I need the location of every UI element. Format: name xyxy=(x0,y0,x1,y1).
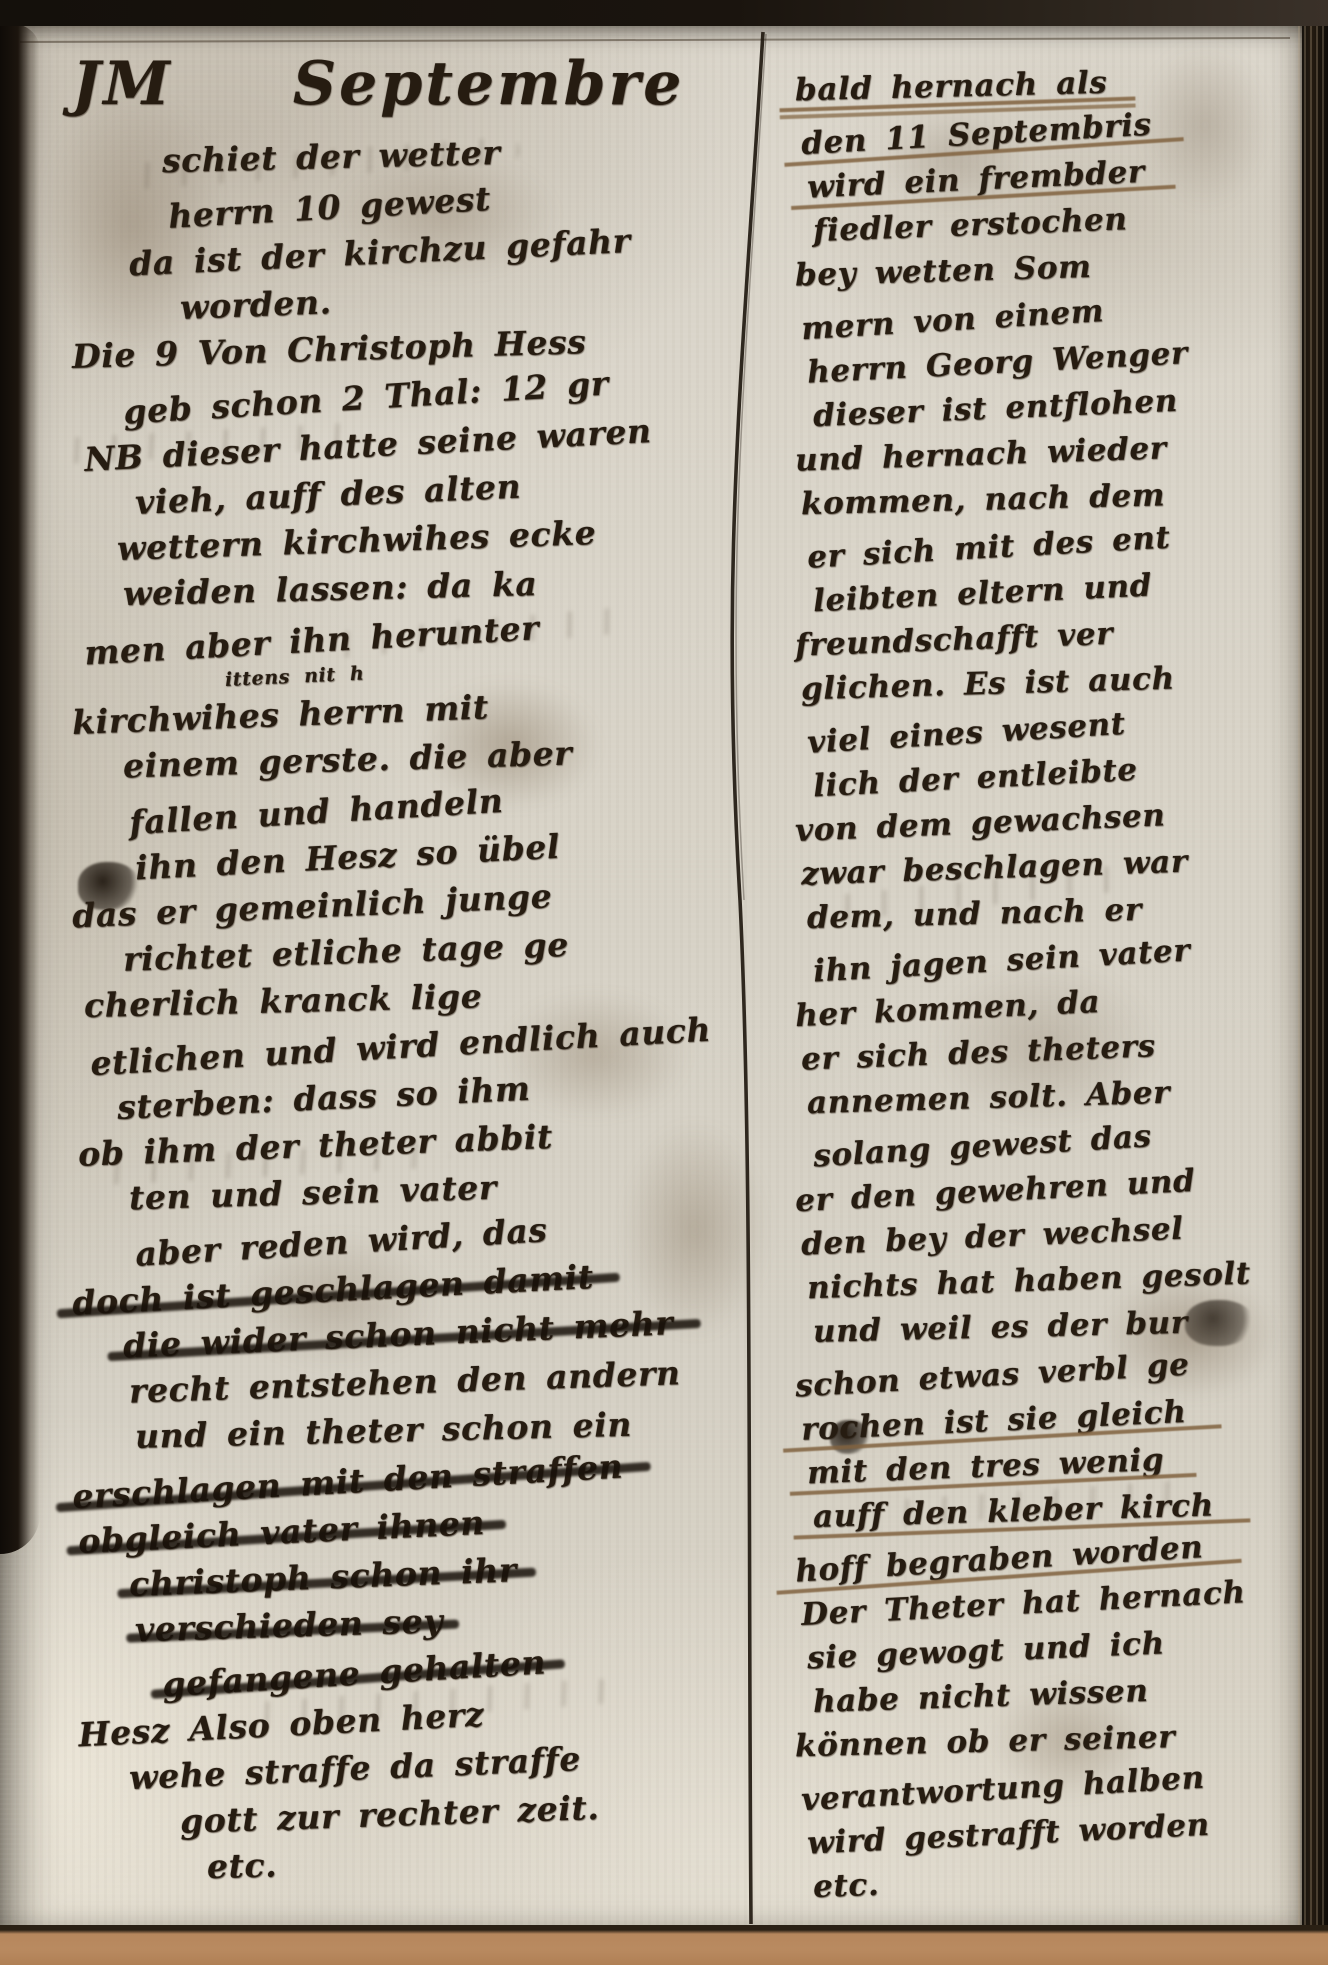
column-heading: JMSeptembre xyxy=(72,44,762,132)
left-column-lines: schiet der wetterherrn 10 gewestda ist d… xyxy=(72,132,762,1887)
manuscript-line-text: bey wetten Som xyxy=(794,245,1092,298)
heading-word-september: Septembre xyxy=(293,44,685,124)
manuscript-line-text: dem, und nach er xyxy=(807,888,1143,940)
book-gutter-right-edge xyxy=(1298,0,1328,1965)
book-cover-top-edge xyxy=(0,0,1328,26)
heading-word-im: JM xyxy=(72,44,173,124)
left-column: JMSeptembre schiet der wetterherrn 10 ge… xyxy=(72,44,762,1887)
manuscript-line-text: etc. xyxy=(206,1842,277,1890)
right-column-lines: bald hernach alsden 11 Septembriswird ei… xyxy=(795,62,1315,1902)
manuscript-line-text: etc. xyxy=(812,1863,880,1909)
manuscript-line-text: verschieden sey xyxy=(134,1598,443,1653)
right-column: bald hernach alsden 11 Septembriswird ei… xyxy=(795,62,1315,1902)
manuscript-scan: JMSeptembre schiet der wetterherrn 10 ge… xyxy=(0,0,1328,1965)
manuscript-line-text: cherlich kranck lige xyxy=(84,973,483,1029)
manuscript-line-text: bald hernach als xyxy=(795,61,1108,113)
manuscript-line-text: schiet der wetter xyxy=(161,130,500,184)
manuscript-line-text: worden. xyxy=(179,279,332,331)
table-surface-bottom-edge xyxy=(0,1925,1328,1965)
book-binding-left-edge xyxy=(0,24,40,1554)
